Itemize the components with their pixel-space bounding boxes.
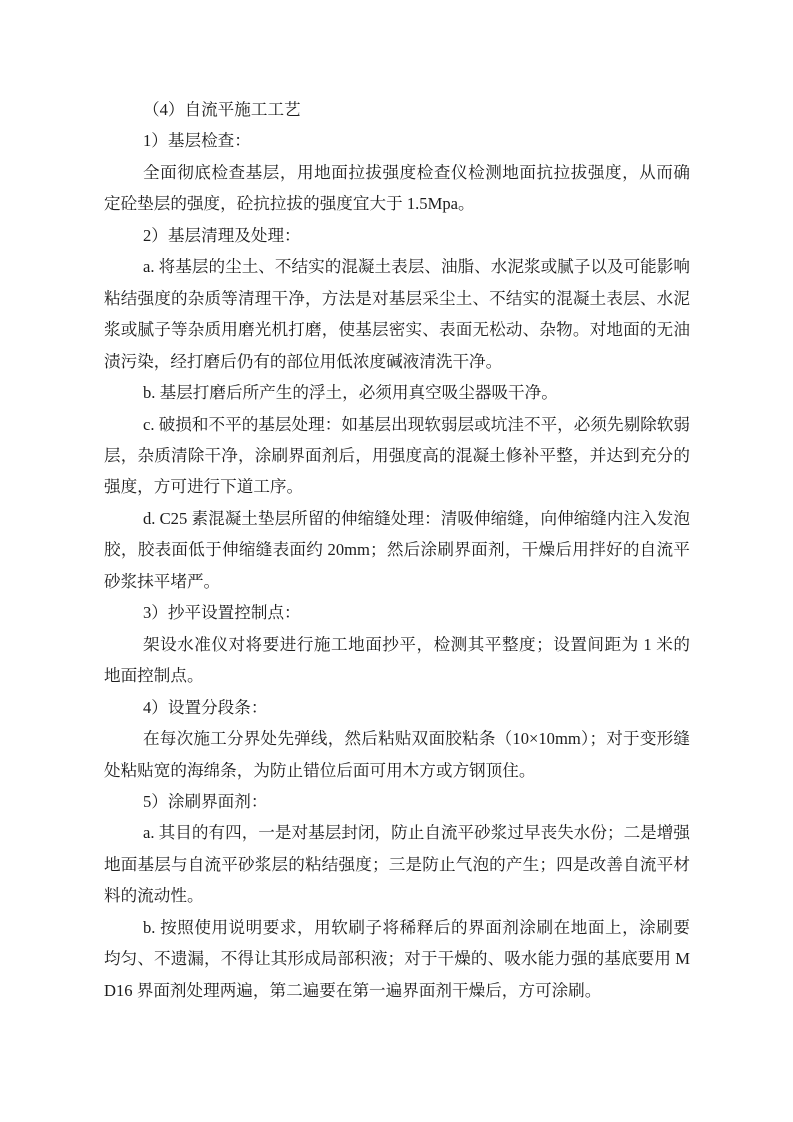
paragraph-body: 架设水准仪对将要进行施工地面抄平，检测其平整度；设置间距为 1 米的地面控制点。 [104,629,690,692]
paragraph-subheading-5: 5）涂刷界面剂： [104,786,690,817]
document-text-block: （4）自流平施工工艺 1）基层检查： 全面彻底检查基层，用地面拉拔强度检查仪检测… [104,94,690,1006]
paragraph-subheading-2: 2）基层清理及处理： [104,220,690,251]
paragraph-body: 全面彻底检查基层，用地面拉拔强度检查仪检测地面抗拉拔强度，从而确定砼垫层的强度，… [104,157,690,220]
paragraph-subheading-1: 1）基层检查： [104,125,690,156]
paragraph-section-heading: （4）自流平施工工艺 [104,94,690,125]
paragraph-body: a. 将基层的尘土、不结实的混凝土表层、油脂、水泥浆或腻子以及可能影响粘结强度的… [104,251,690,377]
document-page: （4）自流平施工工艺 1）基层检查： 全面彻底检查基层，用地面拉拔强度检查仪检测… [0,0,793,1122]
paragraph-body: c. 破损和不平的基层处理：如基层出现软弱层或坑洼不平，必须先剔除软弱层，杂质清… [104,409,690,503]
paragraph-body: d. C25 素混凝土垫层所留的伸缩缝处理：清吸伸缩缝，向伸缩缝内注入发泡胶，胶… [104,503,690,597]
paragraph-body: a. 其目的有四，一是对基层封闭，防止自流平砂浆过早丧失水份；二是增强地面基层与… [104,817,690,911]
paragraph-subheading-3: 3）抄平设置控制点： [104,597,690,628]
paragraph-body: b. 按照使用说明要求，用软刷子将稀释后的界面剂涂刷在地面上，涂刷要均匀、不遗漏… [104,912,690,1006]
paragraph-subheading-4: 4）设置分段条： [104,692,690,723]
paragraph-body: 在每次施工分界处先弹线，然后粘贴双面胶粘条（10×10mm）；对于变形缝处粘贴宽… [104,723,690,786]
paragraph-body: b. 基层打磨后所产生的浮土，必须用真空吸尘器吸干净。 [104,377,690,408]
